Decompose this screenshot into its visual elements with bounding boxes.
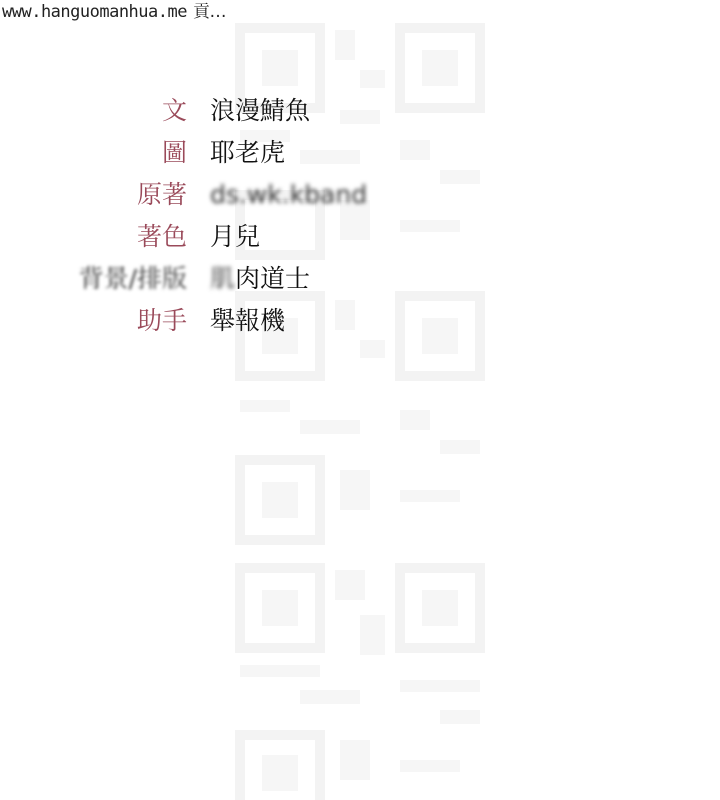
credit-name: 月兒 — [210, 217, 260, 257]
credit-role: 背景/排版 — [79, 259, 187, 299]
credit-row-artist: 圖 耶老虎 — [0, 133, 720, 173]
credit-name-rest: 肉道士 — [235, 264, 310, 293]
credit-row-writer: 文 浪漫鯖魚 — [0, 91, 720, 131]
credit-role: 文 — [162, 91, 187, 131]
credit-role: 助手 — [137, 301, 187, 341]
credit-row-colorist: 著色 月兒 — [0, 217, 720, 257]
credit-role: 著色 — [137, 217, 187, 257]
credit-row-background-layout: 背景/排版 肌肉道士 — [0, 259, 720, 299]
site-url: www.hanguomanhua.me — [2, 2, 187, 22]
credit-role: 圖 — [162, 133, 187, 173]
site-watermark: www.hanguomanhua.me貢… — [2, 0, 226, 24]
credit-role: 原著 — [137, 175, 187, 215]
credit-name: 浪漫鯖魚 — [210, 91, 310, 131]
watermark-tail: 貢… — [193, 2, 226, 22]
credit-name: 肌肉道士 — [210, 259, 310, 299]
credit-name-blurred-part: 肌 — [210, 264, 235, 293]
credit-name: 耶老虎 — [210, 133, 285, 173]
credit-name-blurred: ds.wk.kband — [210, 175, 367, 215]
credit-row-original: 原著 ds.wk.kband — [0, 175, 720, 215]
credit-name: 舉報機 — [210, 301, 285, 341]
credit-row-assistant: 助手 舉報機 — [0, 301, 720, 341]
